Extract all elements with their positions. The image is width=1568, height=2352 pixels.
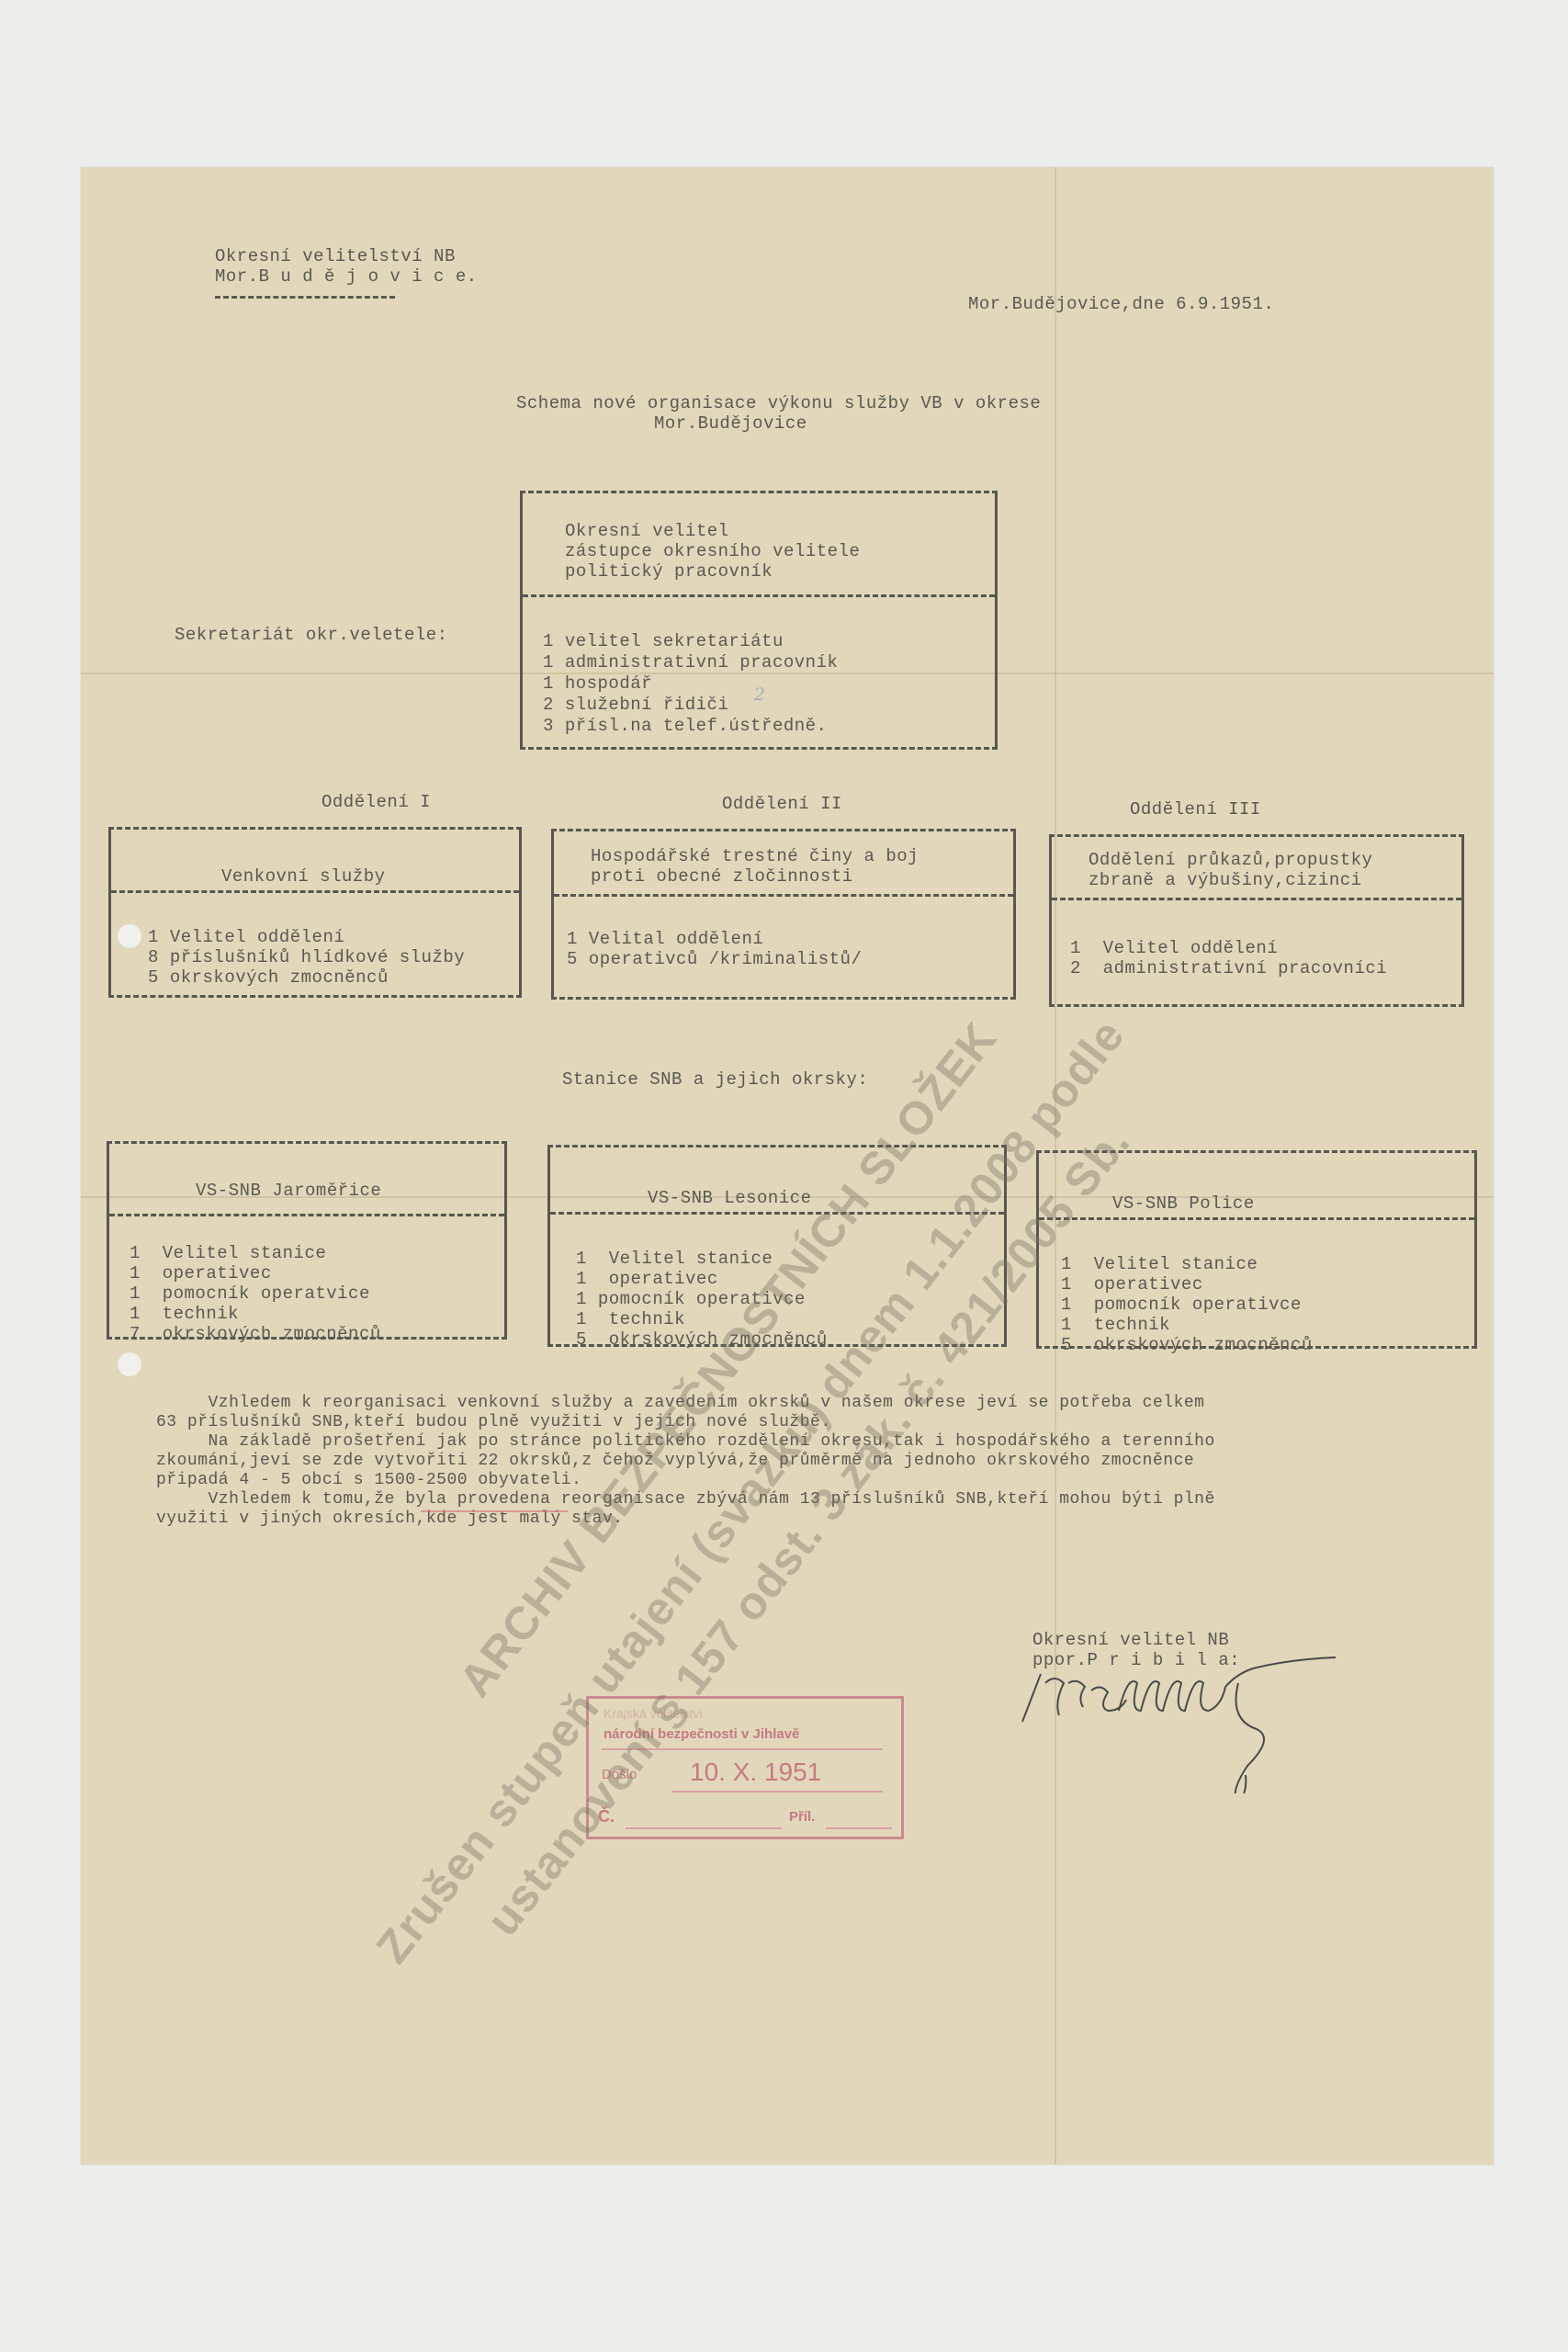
staff-count: 2 <box>1070 958 1081 978</box>
staff-role: pomocník operativce <box>1094 1295 1302 1315</box>
box-line: politický pracovník <box>565 561 773 582</box>
punch-hole <box>118 924 141 948</box>
place-date: Mor.Budějovice,dne 6.9.1951. <box>968 294 1274 315</box>
document-subtitle: Mor.Budějovice <box>654 413 807 435</box>
box-divider <box>1052 898 1461 900</box>
staff-count: 3 <box>543 716 554 736</box>
department-heading: Oddělení III <box>1130 799 1261 820</box>
staff-row: 1 administrativní pracovník <box>543 652 838 673</box>
staff-count: 1 <box>130 1243 141 1263</box>
department-title: Hospodářské trestné činy a boj <box>591 846 919 867</box>
staff-role: okrskových zmocněnců <box>163 1324 381 1344</box>
staff-count: 1 <box>1061 1295 1072 1315</box>
staff-role: hospodář <box>565 673 652 694</box>
stamp-rule <box>671 1791 883 1792</box>
staff-role: technik <box>163 1304 239 1324</box>
staff-count: 1 <box>543 631 554 651</box>
signatory-title: Okresní velitel NB <box>1032 1630 1229 1651</box>
staff-role: technik <box>609 1309 685 1329</box>
staff-role: operativec <box>1094 1274 1203 1295</box>
stations-heading: Stanice SNB a jejich okrsky: <box>562 1069 868 1091</box>
staff-role: Velital oddělení <box>589 929 763 949</box>
department-heading: Oddělení I <box>321 792 431 813</box>
staff-role: administrativní pracovník <box>565 652 839 673</box>
staff-count: 8 <box>148 947 159 967</box>
staff-count: 1 <box>1061 1274 1072 1295</box>
staff-count: 1 <box>130 1263 141 1283</box>
header-underline <box>215 296 395 299</box>
staff-count: 5 <box>1061 1335 1072 1355</box>
staff-role: okrskových zmocněnců <box>170 967 389 988</box>
station-box: VS-SNB Jaroměřice 1 Velitel stanice 1 op… <box>107 1141 507 1340</box>
pencil-note: 2 <box>754 684 766 706</box>
department-box: Hospodářské trestné činy a boj proti obe… <box>551 829 1016 1000</box>
staff-count: 1 <box>576 1309 587 1329</box>
staff-count: 1 <box>576 1289 587 1309</box>
box-divider <box>109 1214 504 1216</box>
box-line: zástupce okresního velitele <box>565 541 860 562</box>
box-divider <box>1039 1217 1474 1220</box>
org-name: Okresní velitelství NB <box>215 246 456 267</box>
staff-role: operativec <box>163 1263 272 1283</box>
staff-count: 5 <box>148 967 159 988</box>
staff-count: 1 <box>543 652 554 673</box>
staff-role: Velitel oddělení <box>170 927 344 947</box>
staff-role: okrskových zmocněnců <box>1094 1335 1313 1355</box>
punch-hole <box>118 1352 141 1376</box>
department-box: Oddělení průkazů,propustky zbraně a výbu… <box>1049 834 1464 1007</box>
staff-role: Velitel stanice <box>1094 1254 1258 1274</box>
department-box: Venkovní služby 1 Velitel oddělení 8 pří… <box>108 827 522 998</box>
staff-row: 2 služební řidiči <box>543 695 728 716</box>
station-name: VS-SNB Jaroměřice <box>196 1181 381 1202</box>
box-divider <box>111 890 519 893</box>
department-title: Venkovní služby <box>221 866 386 888</box>
staff-count: 5 <box>576 1329 587 1350</box>
staff-count: 2 <box>543 695 554 715</box>
stamp-received-date: 10. X. 1951 <box>690 1758 821 1787</box>
staff-count: 5 <box>567 949 578 969</box>
stamp-rule <box>626 1827 782 1829</box>
staff-count: 1 <box>576 1249 587 1269</box>
org-city: Mor.B u d ě j o v i c e. <box>215 266 478 288</box>
staff-role: administrativní pracovníci <box>1103 958 1387 978</box>
staff-count: 1 <box>148 927 159 947</box>
body-line: 63 příslušníků SNB,kteří budou plně využ… <box>156 1412 831 1433</box>
staff-role: přísl.na telef.ústředně. <box>565 716 828 736</box>
staff-role: Velitel stanice <box>163 1243 327 1263</box>
staff-role: Velitel stanice <box>609 1249 773 1269</box>
stamp-attachments-label: Příl. <box>789 1809 815 1825</box>
staff-role: pomocník operatvice <box>163 1283 370 1304</box>
staff-count: 1 <box>130 1283 141 1304</box>
staff-count: 7 <box>130 1324 141 1344</box>
handwritten-signature <box>1018 1656 1404 1793</box>
secretariat-label: Sekretariát okr.veletele: <box>175 625 448 646</box>
station-name: VS-SNB Lesonice <box>648 1188 812 1209</box>
box-line: Okresní velitel <box>565 521 729 542</box>
station-name: VS-SNB Police <box>1112 1193 1255 1215</box>
staff-row: 3 přísl.na telef.ústředně. <box>543 716 827 737</box>
department-heading: Oddělení II <box>722 794 842 815</box>
staff-role: příslušníků hlídkové služby <box>170 947 465 967</box>
staff-count: 1 <box>567 929 578 949</box>
department-title: zbraně a výbušiny,cizinci <box>1089 870 1362 891</box>
staff-count: 1 <box>1070 938 1081 958</box>
staff-row: 1 velitel sekretariátu <box>543 631 784 652</box>
staff-count: 1 <box>1061 1315 1072 1335</box>
staff-count: 1 <box>130 1304 141 1324</box>
staff-count: 1 <box>543 673 554 694</box>
staff-row: 1 hospodář <box>543 673 652 695</box>
red-underline-mark <box>421 1510 568 1512</box>
staff-count: 1 <box>1061 1254 1072 1274</box>
staff-role: technik <box>1094 1315 1170 1335</box>
staff-count: 1 <box>576 1269 587 1289</box>
stamp-rule <box>826 1827 892 1829</box>
department-title: Oddělení průkazů,propustky <box>1089 850 1372 871</box>
staff-role: služební řidiči <box>565 695 729 715</box>
secretariat-box: Okresní velitel zástupce okresního velit… <box>520 491 998 750</box>
staff-role: Velitel oddělení <box>1103 938 1278 958</box>
body-line: Vzhledem k tomu,že byla provedena reorga… <box>156 1489 1215 1510</box>
staff-role: velitel sekretariátu <box>565 631 784 651</box>
box-divider <box>554 894 1013 897</box>
staff-role: operativců /kriminalistů/ <box>589 949 863 969</box>
box-divider <box>523 594 995 597</box>
department-title: proti obecné zločinnosti <box>591 866 853 888</box>
document-title: Schema nové organisace výkonu služby VB … <box>516 393 1041 414</box>
document-page: Okresní velitelství NB Mor.B u d ě j o v… <box>81 167 1494 2165</box>
body-line: připadá 4 - 5 obcí s 1500-2500 obyvateli… <box>156 1470 581 1491</box>
staff-role: operativec <box>609 1269 718 1289</box>
